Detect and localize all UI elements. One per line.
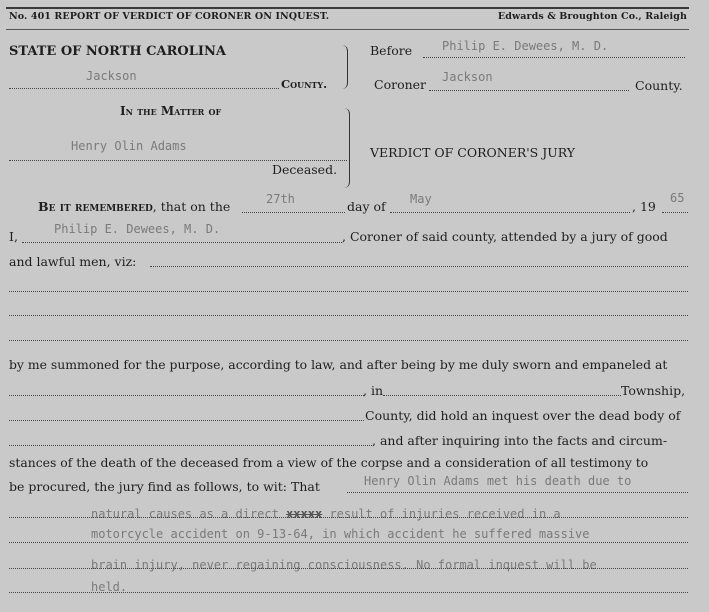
finding-line-1[interactable]: Henry Olin Adams met his death due to: [364, 474, 631, 488]
county-value[interactable]: Jackson: [86, 69, 137, 83]
inquiring-text: , and after inquiring into the facts and…: [372, 433, 667, 448]
summoned-text: by me summoned for the purpose, accordin…: [9, 357, 667, 372]
coroner-value[interactable]: Philip E. Dewees, M. D.: [54, 222, 220, 236]
coroner-county-value[interactable]: Jackson: [442, 70, 493, 84]
finding-line-3[interactable]: motorcycle accident on 9-13-64, in which…: [91, 527, 590, 541]
matter-label: In the Matter of: [120, 104, 221, 118]
form-title: No. 401 REPORT OF VERDICT OF CORONER ON …: [9, 11, 329, 22]
body-of-line: [9, 445, 372, 446]
finding-rule-5: [9, 592, 688, 593]
deceased-line: [9, 160, 347, 161]
top-rule: [6, 7, 689, 9]
brace-bottom: [343, 108, 350, 188]
deceased-value[interactable]: Henry Olin Adams: [71, 139, 187, 153]
state-heading: STATE OF NORTH CAROLINA: [9, 44, 226, 59]
lawful-text: and lawful men, viz:: [9, 254, 136, 269]
township-line: [383, 395, 621, 396]
year-prefix: , 19: [632, 199, 656, 214]
day-value[interactable]: 27th: [266, 192, 295, 206]
jury-line-0: [150, 266, 688, 267]
county-label: County.: [281, 77, 327, 91]
in-label: , in: [363, 383, 383, 398]
coroner-line: [22, 242, 342, 243]
inquest-county-line: [9, 420, 364, 421]
coroner-text: , Coroner of said county, attended by a …: [342, 229, 668, 244]
header-rule: [6, 29, 689, 30]
remembered-label: Be it remembered: [38, 199, 153, 214]
county-text: County, did hold an inquest over the dea…: [365, 408, 680, 423]
deceased-label: Deceased.: [272, 162, 337, 177]
finding-rule-2: [9, 517, 688, 518]
procured-text: be procured, the jury find as follows, t…: [9, 479, 320, 494]
township-label: Township,: [621, 383, 685, 398]
coroner-county-line: [429, 90, 629, 91]
struck-word: xxxxx: [286, 507, 322, 521]
jury-line-2: [9, 315, 688, 316]
brace-top: [341, 45, 348, 89]
before-label: Before: [370, 43, 412, 58]
before-value[interactable]: Philip E. Dewees, M. D.: [442, 39, 608, 53]
year-value[interactable]: 65: [670, 191, 684, 205]
finding-line-2a: natural causes as a direct: [91, 507, 279, 521]
coroner-label: Coroner: [374, 77, 426, 92]
jury-line-1: [9, 291, 688, 292]
publisher: Edwards & Broughton Co., Raleigh: [498, 11, 687, 22]
day-of-label: day of: [347, 199, 386, 214]
stances-text: stances of the death of the deceased fro…: [9, 455, 648, 470]
finding-line-4[interactable]: brain injury, never regaining consciousn…: [91, 558, 597, 572]
finding-line-2b: result of injuries received in a: [329, 507, 560, 521]
finding-rule-3: [9, 542, 688, 543]
year-line: [662, 212, 688, 213]
jury-line-3: [9, 340, 688, 341]
county-line: [9, 88, 279, 89]
month-line: [390, 212, 630, 213]
i-label: I,: [9, 229, 18, 244]
remembered-text: Be it remembered, that on the: [38, 199, 230, 214]
month-value[interactable]: May: [410, 192, 432, 206]
before-line: [423, 57, 685, 58]
coroner-county-label: County.: [635, 78, 683, 93]
place-line: [9, 395, 364, 396]
day-line: [242, 212, 345, 213]
finding-rule-4: [9, 568, 688, 569]
remembered-tail: , that on the: [153, 199, 231, 214]
document-title: VERDICT OF CORONER'S JURY: [370, 145, 575, 160]
finding-rule-1: [347, 492, 688, 493]
finding-line-2[interactable]: natural causes as a direct xxxxx result …: [91, 507, 561, 521]
